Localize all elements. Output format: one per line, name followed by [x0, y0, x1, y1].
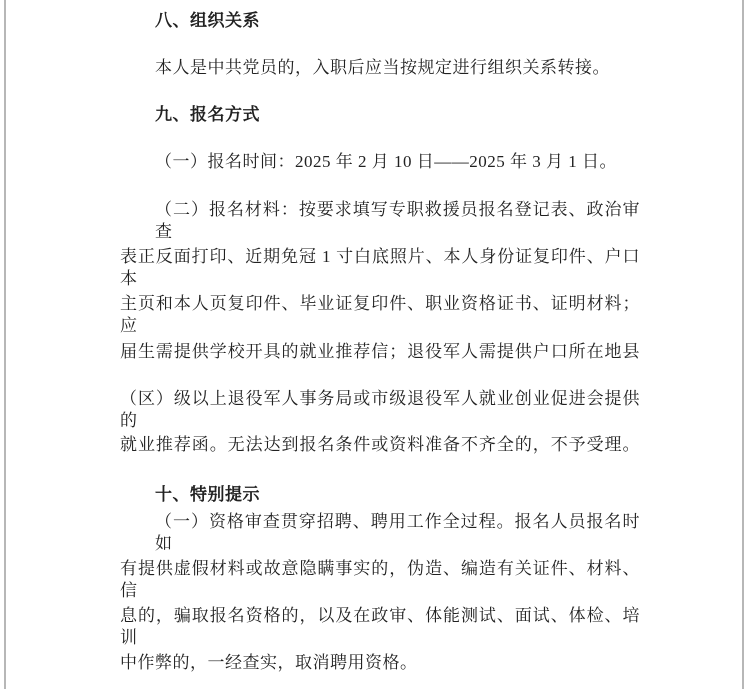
heading-special-notice: 十、特别提示 — [120, 484, 640, 506]
para-registration-materials-line-1: （二）报名材料：按要求填写专职救援员报名登记表、政治审查 — [120, 199, 640, 243]
heading-registration-method: 九、报名方式 — [120, 104, 640, 126]
para-qualification-review-line-3: 息的，骗取报名资格的，以及在政审、体能测试、面试、体检、培训 — [120, 605, 640, 649]
para-qualification-review-line-2: 有提供虚假材料或故意隐瞒事实的，伪造、编造有关证件、材料、信 — [120, 558, 640, 602]
para-registration-materials-line-3: 主页和本人页复印件、毕业证复印件、职业资格证书、证明材料；应 — [120, 293, 640, 337]
para-registration-time: （一）报名时间：2025 年 2 月 10 日——2025 年 3 月 1 日。 — [120, 151, 640, 173]
para-qualification-review-line-4: 中作弊的，一经查实，取消聘用资格。 — [120, 652, 640, 674]
para-registration-materials-line-5: （区）级以上退役军人事务局或市级退役军人就业创业促进会提供的 — [120, 388, 640, 432]
para-registration-materials-line-4: 届生需提供学校开具的就业推荐信；退役军人需提供户口所在地县 — [120, 341, 640, 363]
heading-organization-relations: 八、组织关系 — [120, 10, 640, 32]
para-party-membership: 本人是中共党员的，入职后应当按规定进行组织关系转接。 — [120, 57, 640, 79]
para-registration-materials-line-2: 表正反面打印、近期免冠 1 寸白底照片、本人身份证复印件、户口本 — [120, 246, 640, 290]
document-page: 八、组织关系 本人是中共党员的，入职后应当按规定进行组织关系转接。 九、报名方式… — [0, 0, 747, 689]
page-border-left — [4, 0, 6, 689]
page-border-right — [742, 0, 744, 689]
para-registration-materials-line-6: 就业推荐函。无法达到报名条件或资料准备不齐全的，不予受理。 — [120, 434, 640, 456]
para-qualification-review-line-1: （一）资格审查贯穿招聘、聘用工作全过程。报名人员报名时如 — [120, 511, 640, 555]
